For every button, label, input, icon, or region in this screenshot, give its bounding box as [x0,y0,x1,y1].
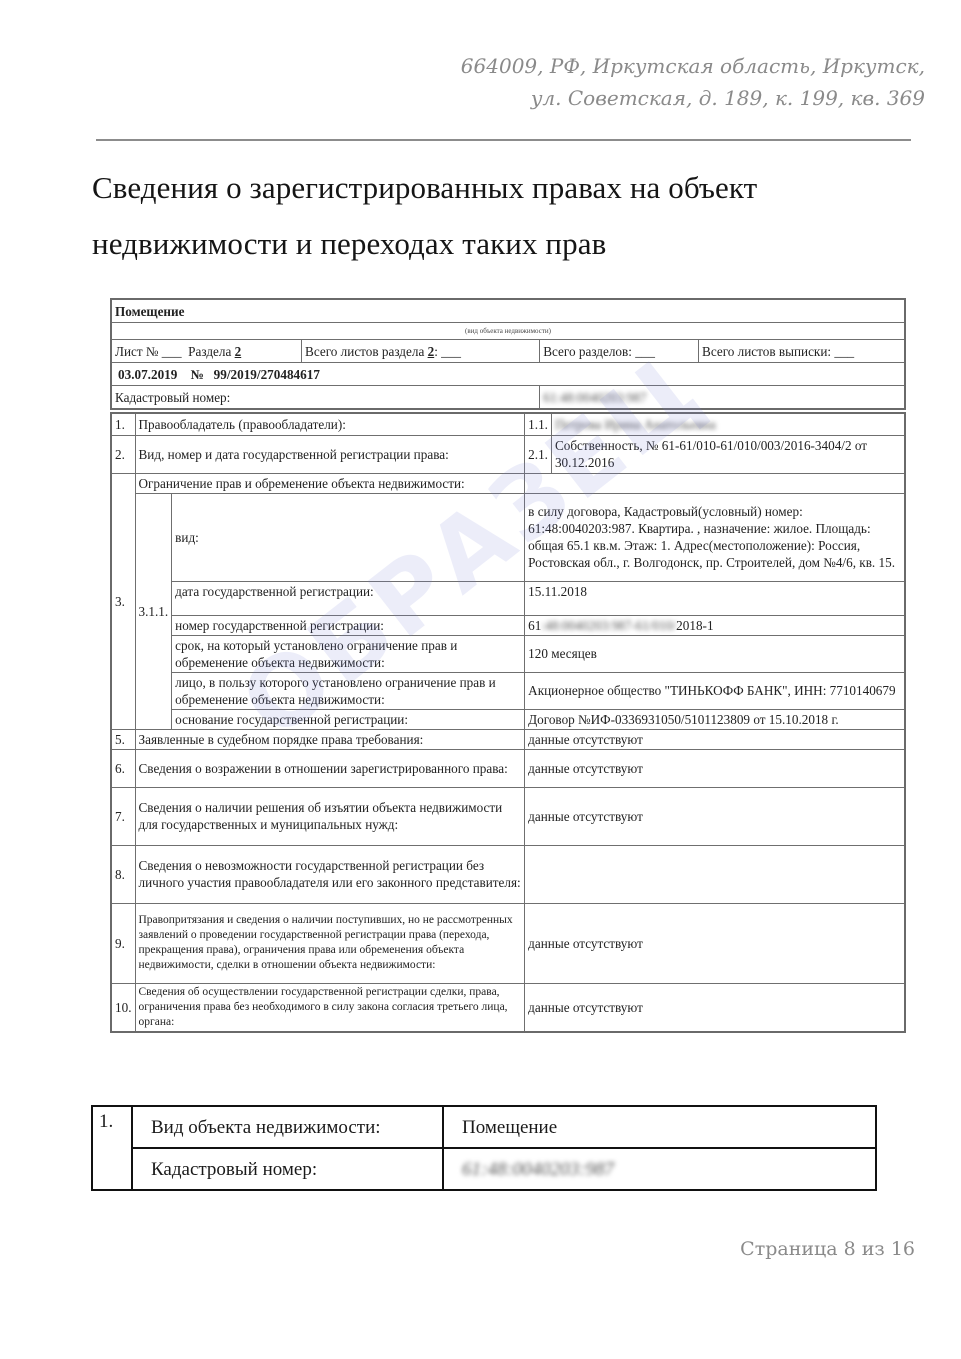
summary-table: 1. Вид объекта недвижимости: Помещение К… [91,1105,877,1191]
table-row: Кадастровый номер: 61:48:0040203:987 [92,1148,876,1190]
table-row: 10. Сведения об осуществлении государств… [111,983,905,1032]
total-sheets-section: Всего листов раздела 2: ___ [302,340,540,363]
table-row: 1. Правообладатель (правообладатели): 1.… [111,413,905,435]
cadastral-value: 61:48:0040203:987 [540,386,905,410]
address-line-2: ул. Советская, д. 189, к. 199, кв. 369 [461,82,925,114]
table-row: 2. Вид, номер и дата государственной рег… [111,435,905,473]
table-row: номер государственной регистрации: 61:48… [111,615,905,635]
header-divider [96,139,911,141]
table-row: дата государственной регистрации: 15.11.… [111,581,905,615]
address-line-1: 664009, РФ, Иркутская область, Иркутск, [461,50,925,82]
object-type-caption: (вид объекта недвижимости) [111,323,905,340]
table-row: 3.1.1. вид: в силу договора, Кадастровый… [111,493,905,581]
table-row: лицо, в пользу которого установлено огра… [111,672,905,709]
table-row: 1. Вид объекта недвижимости: Помещение [92,1106,876,1148]
extract-header-table: Помещение (вид объекта недвижимости) Лис… [110,298,906,410]
restriction-header: 3. Ограничение прав и обременение объект… [111,473,905,493]
extract-scan: Помещение (вид объекта недвижимости) Лис… [110,298,906,1033]
total-sheets-extract: Всего листов выписки: ___ [699,340,905,363]
table-row: 8. Сведения о невозможности государствен… [111,845,905,903]
sheet-info: Лист № ___ Раздела 2 [111,340,302,363]
table-row: 5. Заявленные в судебном порядке права т… [111,729,905,749]
table-row: срок, на который установлено ограничение… [111,635,905,672]
title-line-1: Сведения о зарегистрированных правах на … [92,160,922,216]
object-type: Помещение [111,299,905,323]
rights-table: 1. Правообладатель (правообладатели): 1.… [110,412,906,1033]
table-row: 9. Правопритязания и сведения о наличии … [111,903,905,983]
total-sections: Всего разделов: ___ [540,340,699,363]
table-row: основание государственной регистрации: Д… [111,709,905,729]
table-row: 6. Сведения о возражении в отношении зар… [111,749,905,787]
cadastral-label: Кадастровый номер: [111,386,540,410]
table-row: 7. Сведения о наличии решения об изъятии… [111,787,905,845]
title-line-2: недвижимости и переходах таких прав [92,216,922,272]
page-number: Страница 8 из 16 [740,1238,915,1260]
address-header: 664009, РФ, Иркутская область, Иркутск, … [461,50,925,114]
extract-date-number: 03.07.2019 № 99/2019/270484617 [111,363,905,386]
page-title: Сведения о зарегистрированных правах на … [92,160,922,272]
